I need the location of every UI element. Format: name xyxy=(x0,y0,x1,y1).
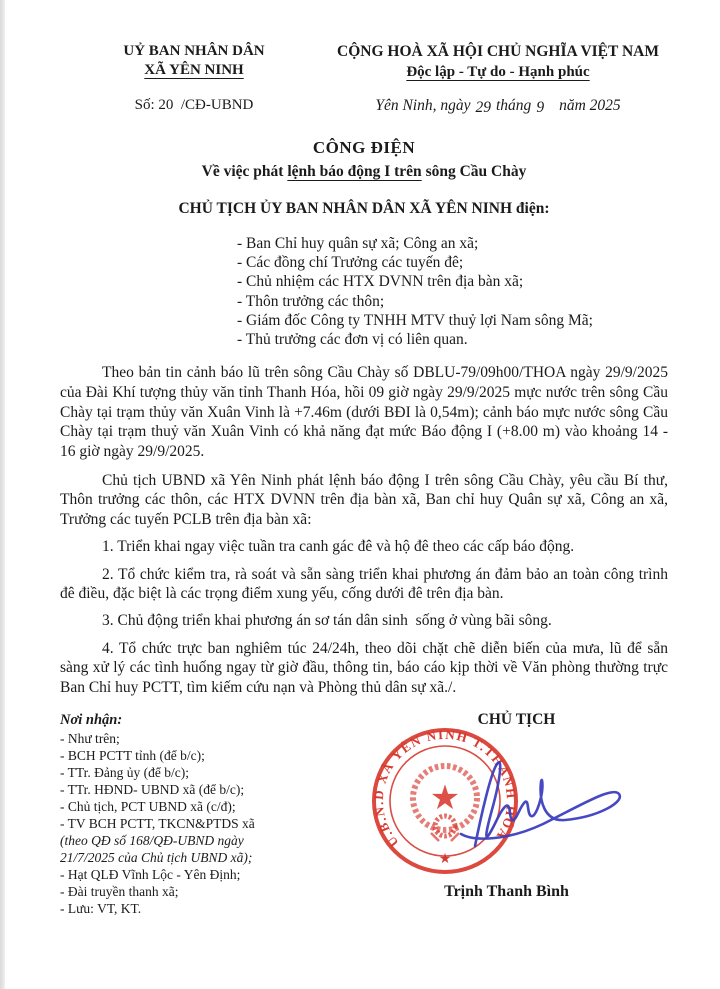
document-subtitle: Về việc phát lệnh báo động I trên sông C… xyxy=(60,163,668,181)
official-document-page: UỶ BAN NHÂN DÂN XÃ YÊN NINH Số: 20 /CĐ-U… xyxy=(0,0,720,989)
body-paragraph-1: Theo bản tin cảnh báo lũ trên sông Cầu C… xyxy=(60,363,668,462)
noi-nhan-line: - Hạt QLĐ Vĩnh Lộc - Yên Định; xyxy=(60,866,365,883)
national-motto-block: CỘNG HOÀ XÃ HỘI CHỦ NGHĨA VIỆT NAM Độc l… xyxy=(328,42,668,115)
signer-name: Trịnh Thanh Bình xyxy=(365,883,648,901)
noi-nhan-line: - Như trên; xyxy=(60,730,365,747)
national-motto: Độc lập - Tự do - Hạnh phúc xyxy=(328,62,668,83)
noi-nhan-line: - Chủ tịch, PCT UBND xã (c/đ); xyxy=(60,798,365,815)
document-number: Số: 20 /CĐ-UBND xyxy=(60,97,328,114)
recipients-list: - Ban Chỉ huy quân sự xã; Công an xã; - … xyxy=(237,234,668,349)
noi-nhan-line: - TV BCH PCTT, TKCN&PTDS xã xyxy=(60,815,365,832)
issuing-authority-line2: XÃ YÊN NINH xyxy=(60,61,328,80)
recipient-item: - Thủ trưởng các đơn vị có liên quan. xyxy=(237,330,668,349)
directive-item-2: 2. Tổ chức kiểm tra, rà soát và sẵn sàng… xyxy=(60,565,668,604)
recipient-item: - Các đồng chí Trưởng các tuyến đê; xyxy=(237,253,668,272)
recipient-item: - Ban Chỉ huy quân sự xã; Công an xã; xyxy=(237,234,668,253)
noi-nhan-line: - Đài truyền thanh xã; xyxy=(60,883,365,900)
subtitle-post: sông Cầu Chày xyxy=(422,163,527,180)
recipient-item: - Giám đốc Công ty TNHH MTV thuỷ lợi Nam… xyxy=(237,311,668,330)
recipient-item: - Chủ nhiệm các HTX DVNN trên địa bàn xã… xyxy=(237,272,668,291)
noi-nhan-line: - Lưu: VT, KT. xyxy=(60,900,365,917)
title-block: CÔNG ĐIỆN Về việc phát lệnh báo động I t… xyxy=(60,138,668,181)
handwritten-signature xyxy=(413,736,663,866)
directive-item-3: 3. Chủ động triển khai phương án sơ tán … xyxy=(60,611,668,631)
directive-item-1: 1. Triển khai ngay việc tuần tra canh gá… xyxy=(60,537,668,557)
issuing-authority-line1: UỶ BAN NHÂN DÂN xyxy=(60,42,328,61)
noi-nhan-line: - BCH PCTT tỉnh (để b/c); xyxy=(60,747,365,764)
noi-nhan-line-note: (theo QĐ số 168/QĐ-UBND ngày xyxy=(60,832,365,849)
dateline-prefix: Yên Ninh, ngày xyxy=(375,97,470,114)
document-footer: Nơi nhận: - Như trên; - BCH PCTT tỉnh (đ… xyxy=(60,711,668,921)
national-title: CỘNG HOÀ XÃ HỘI CHỦ NGHĨA VIỆT NAM xyxy=(328,42,668,62)
place-date-line: Yên Ninh, ngày29tháng9năm 2025 xyxy=(328,97,668,115)
signature-block: CHỦ TỊCH U.B.N.D XÃ Y xyxy=(365,711,668,921)
document-header: UỶ BAN NHÂN DÂN XÃ YÊN NINH Số: 20 /CĐ-U… xyxy=(60,42,668,115)
dateline-thang: tháng xyxy=(496,97,531,114)
document-content: UỶ BAN NHÂN DÂN XÃ YÊN NINH Số: 20 /CĐ-U… xyxy=(0,0,720,921)
issuing-authority-block: UỶ BAN NHÂN DÂN XÃ YÊN NINH Số: 20 /CĐ-U… xyxy=(60,42,328,115)
salutation-line: CHỦ TỊCH ỦY BAN NHÂN DÂN XÃ YÊN NINH điệ… xyxy=(60,200,668,218)
noi-nhan-label: Nơi nhận: xyxy=(60,711,365,730)
recipient-item: - Thôn trưởng các thôn; xyxy=(237,292,668,311)
document-title: CÔNG ĐIỆN xyxy=(60,138,668,158)
subtitle-underlined: lệnh báo động I trên xyxy=(287,163,421,180)
noi-nhan-line: - TTr. Đảng ủy (để b/c); xyxy=(60,764,365,781)
dateline-month: 9 xyxy=(536,99,544,116)
recipients-footer-block: Nơi nhận: - Như trên; - BCH PCTT tỉnh (đ… xyxy=(60,711,365,921)
directive-item-4: 4. Tổ chức trực ban nghiêm túc 24/24h, t… xyxy=(60,639,668,698)
noi-nhan-line-note: 21/7/2025 của Chủ tịch UBND xã); xyxy=(60,849,365,866)
dateline-year: năm 2025 xyxy=(559,97,621,114)
subtitle-pre: Về việc phát xyxy=(202,163,288,180)
dateline-day: 29 xyxy=(476,99,492,116)
body-paragraph-2: Chủ tịch UBND xã Yên Ninh phát lệnh báo … xyxy=(60,471,668,530)
noi-nhan-line: - TTr. HĐND- UBND xã (để b/c); xyxy=(60,781,365,798)
